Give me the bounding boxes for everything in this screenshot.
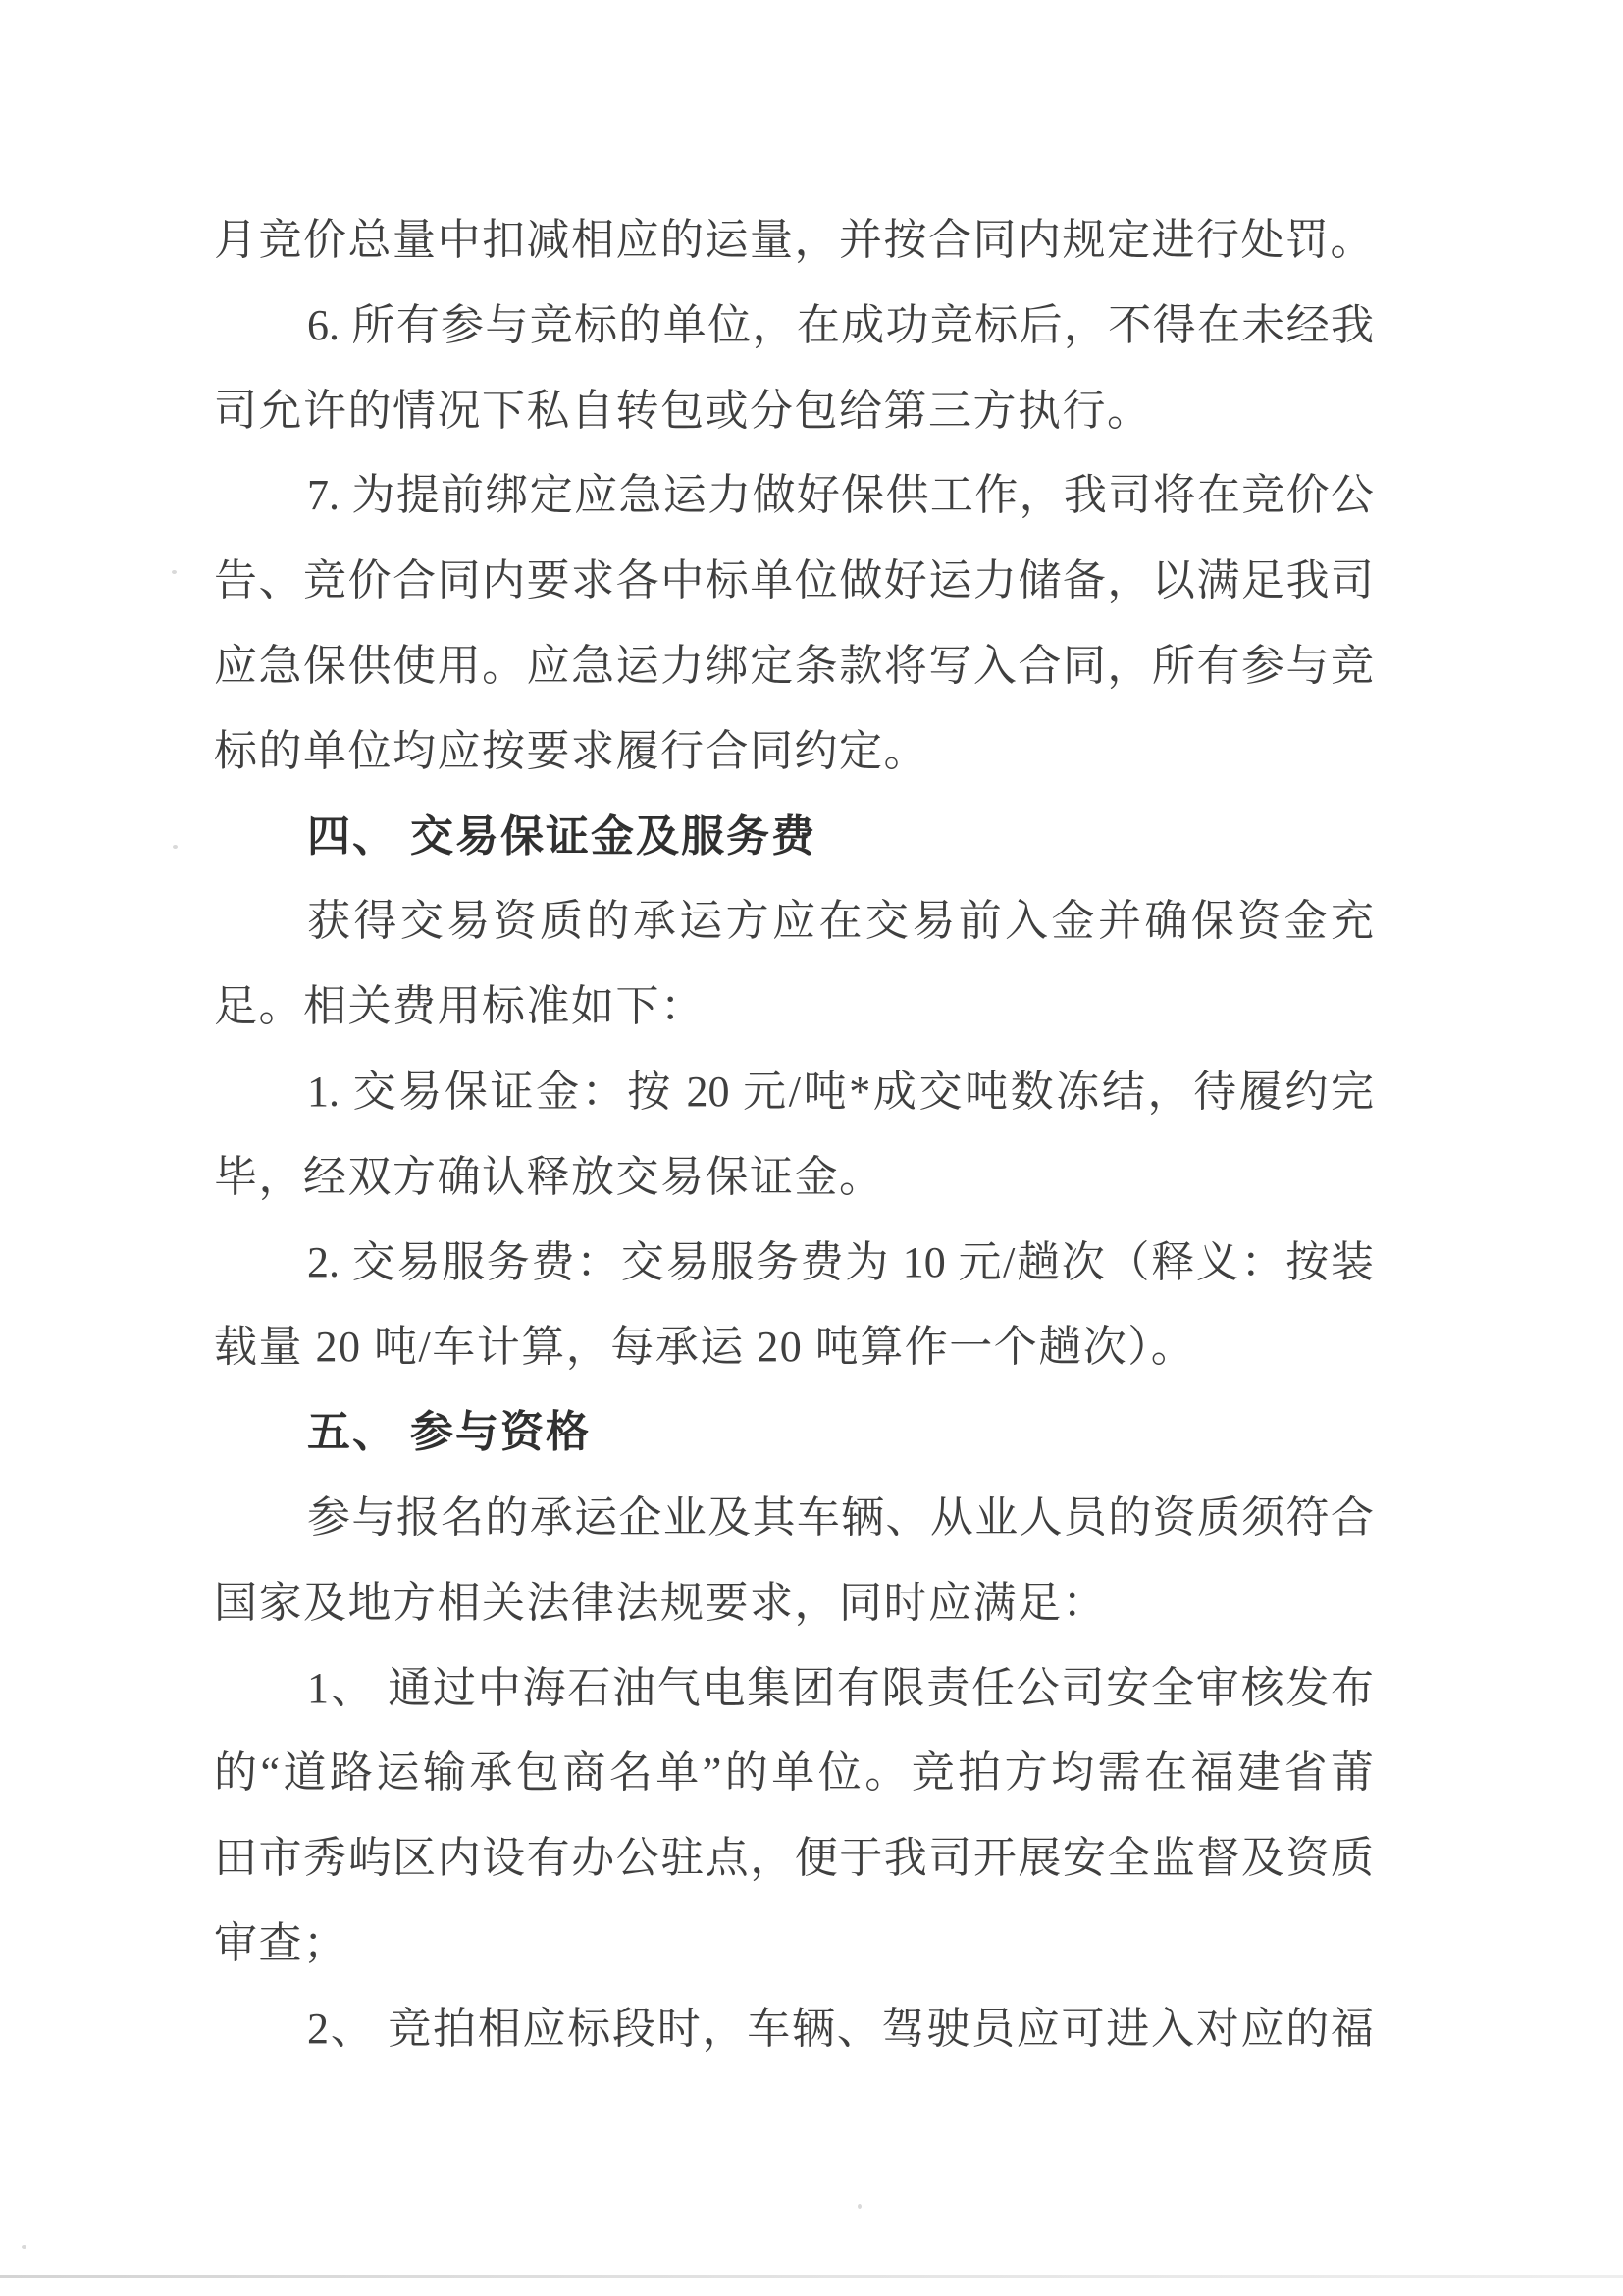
text-line: 足。相关费用标准如下：: [214, 965, 1374, 1050]
scan-speck: [172, 570, 177, 574]
scan-speck: [173, 845, 178, 849]
text-line: 月竞价总量中扣减相应的运量，并按合同内规定进行处罚。: [214, 198, 1374, 284]
text-line: 2、 竞拍相应标段时，车辆、驾驶员应可进入对应的福: [214, 1987, 1374, 2072]
text-line: 国家及地方相关法律法规要求，同时应满足：: [214, 1561, 1374, 1646]
text-line: 6. 所有参与竞标的单位，在成功竞标后，不得在未经我: [214, 284, 1374, 369]
text-line: 司允许的情况下私自转包或分包给第三方执行。: [214, 369, 1374, 454]
text-line: 7. 为提前绑定应急运力做好保供工作，我司将在竞价公: [214, 453, 1374, 539]
text-line: 获得交易资质的承运方应在交易前入金并确保资金充: [214, 879, 1374, 965]
text-line: 标的单位均应按要求履行合同约定。: [214, 709, 1374, 795]
text-line: 1、 通过中海石油气电集团有限责任公司安全审核发布: [214, 1646, 1374, 1732]
scan-speck: [22, 2245, 26, 2249]
text-line: 载量 20 吨/车计算，每承运 20 吨算作一个趟次）。: [214, 1305, 1374, 1390]
text-line: 毕，经双方确认释放交易保证金。: [214, 1135, 1374, 1221]
text-line: 参与报名的承运企业及其车辆、从业人员的资质须符合: [214, 1476, 1374, 1561]
text-line: 田市秀屿区内设有办公驻点，便于我司开展安全监督及资质: [214, 1816, 1374, 1902]
text-line: 的“道路运输承包商名单”的单位。竞拍方均需在福建省莆: [214, 1731, 1374, 1816]
text-line: 应急保供使用。应急运力绑定条款将写入合同，所有参与竞: [214, 624, 1374, 709]
scan-speck: [858, 2204, 862, 2209]
text-line: 审查；: [214, 1902, 1374, 1987]
section-heading: 四、 交易保证金及服务费: [214, 795, 1374, 880]
text-line: 2. 交易服务费：交易服务费为 10 元/趟次（释义：按装: [214, 1221, 1374, 1306]
section-heading: 五、 参与资格: [214, 1390, 1374, 1476]
text-line: 告、竞价合同内要求各中标单位做好运力储备，以满足我司: [214, 539, 1374, 624]
text-line: 1. 交易保证金：按 20 元/吨*成交吨数冻结，待履约完: [214, 1050, 1374, 1135]
document-text-block: 月竞价总量中扣减相应的运量，并按合同内规定进行处罚。6. 所有参与竞标的单位，在…: [214, 198, 1374, 2072]
scan-shadow-line: [0, 2275, 1623, 2278]
